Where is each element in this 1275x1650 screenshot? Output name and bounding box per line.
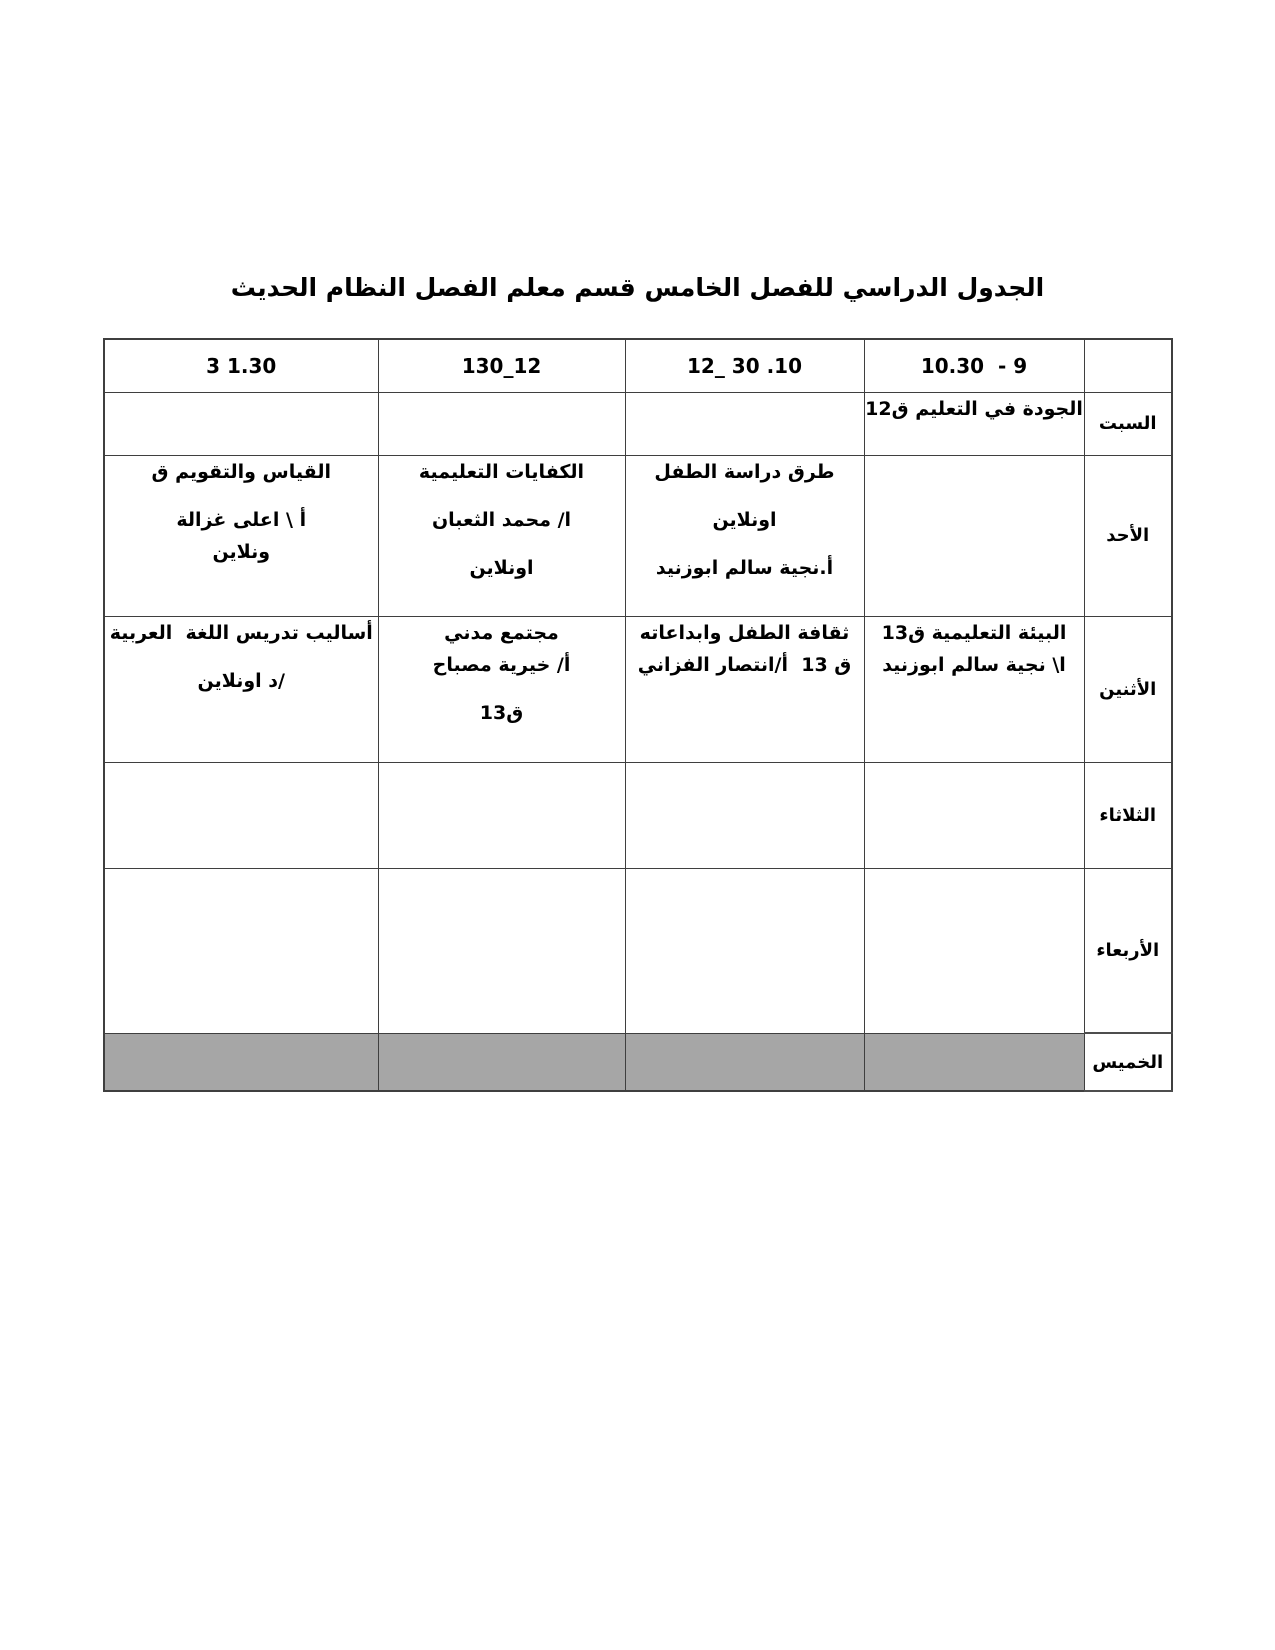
- day-cell: السبت: [1084, 392, 1172, 455]
- cell-line: ا/ محمد الثعبان: [379, 504, 625, 536]
- day-cell: الأحد: [1084, 455, 1172, 616]
- cell-paragraph: مجتمع مدنيأ/ خيرية مصباح: [379, 617, 625, 681]
- schedule-cell: طرق دراسة الطفلاونلاينأ.نجية سالم ابوزني…: [625, 455, 864, 616]
- schedule-cell: [625, 1033, 864, 1091]
- cell-line: اونلاين: [379, 552, 625, 584]
- day-cell: الثلاثاء: [1084, 762, 1172, 868]
- schedule-table-container: 10.30 - 912_ 30 .10130_123 1.30السبتالجو…: [103, 338, 1173, 1092]
- schedule-cell: [864, 762, 1084, 868]
- schedule-cell: البيئة التعليمية ق13ا\ نجية سالم ابوزنيد: [864, 616, 1084, 762]
- schedule-cell: مجتمع مدنيأ/ خيرية مصباحق13: [378, 616, 625, 762]
- day-row: السبتالجودة في التعليم ق12: [104, 392, 1172, 455]
- schedule-cell: الجودة في التعليم ق12: [864, 392, 1084, 455]
- cell-paragraph: الجودة في التعليم ق12: [865, 393, 1084, 425]
- schedule-cell: ثقافة الطفل وابداعاتهق 13 أ/انتصار الفزا…: [625, 616, 864, 762]
- day-row: الأربعاء: [104, 868, 1172, 1033]
- day-row: الثلاثاء: [104, 762, 1172, 868]
- cell-paragraph: اونلاين: [379, 552, 625, 584]
- cell-paragraph: اونلاين: [626, 504, 864, 536]
- schedule-cell: الكفايات التعليميةا/ محمد الثعباناونلاين: [378, 455, 625, 616]
- schedule-cell: [378, 762, 625, 868]
- schedule-cell: [378, 1033, 625, 1091]
- cell-paragraph: الكفايات التعليمية: [379, 456, 625, 488]
- cell-paragraph: أ.نجية سالم ابوزنيد: [626, 552, 864, 584]
- schedule-cell: [864, 868, 1084, 1033]
- cell-line: ا\ نجية سالم ابوزنيد: [865, 649, 1084, 681]
- day-column-header: [1084, 339, 1172, 392]
- cell-paragraph: القياس والتقويم ق: [105, 456, 378, 488]
- schedule-cell: [864, 1033, 1084, 1091]
- day-cell: الخميس: [1084, 1033, 1172, 1091]
- cell-paragraph: /د اونلاين: [105, 665, 378, 697]
- schedule-cell: [104, 392, 378, 455]
- schedule-cell: [378, 392, 625, 455]
- time-header: 10.30 - 9: [864, 339, 1084, 392]
- cell-line: اونلاين: [626, 504, 864, 536]
- cell-line: البيئة التعليمية ق13: [865, 617, 1084, 649]
- page-title: الجدول الدراسي للفصل الخامس قسم معلم الف…: [0, 270, 1275, 306]
- time-header: 3 1.30: [104, 339, 378, 392]
- schedule-cell: [378, 868, 625, 1033]
- schedule-cell: أساليب تدريس اللغة العربية/د اونلاين: [104, 616, 378, 762]
- cell-line: /د اونلاين: [105, 665, 378, 697]
- cell-line: ق 13 أ/انتصار الفزاني: [626, 649, 864, 681]
- schedule-cell: القياس والتقويم قأ \ اعلى غزالةونلاين: [104, 455, 378, 616]
- cell-line: ونلاين: [105, 536, 378, 568]
- cell-paragraph: ا/ محمد الثعبان: [379, 504, 625, 536]
- cell-line: طرق دراسة الطفل: [626, 456, 864, 488]
- cell-line: ثقافة الطفل وابداعاته: [626, 617, 864, 649]
- time-header: 130_12: [378, 339, 625, 392]
- day-row: الخميس: [104, 1033, 1172, 1091]
- cell-line: مجتمع مدني: [379, 617, 625, 649]
- time-header: 12_ 30 .10: [625, 339, 864, 392]
- cell-line: أ \ اعلى غزالة: [105, 504, 378, 536]
- cell-line: الكفايات التعليمية: [379, 456, 625, 488]
- schedule-cell: [625, 392, 864, 455]
- cell-line: أ.نجية سالم ابوزنيد: [626, 552, 864, 584]
- schedule-cell: [864, 455, 1084, 616]
- cell-paragraph: البيئة التعليمية ق13ا\ نجية سالم ابوزنيد: [865, 617, 1084, 681]
- cell-paragraph: أ \ اعلى غزالةونلاين: [105, 504, 378, 568]
- day-row: الأحدطرق دراسة الطفلاونلاينأ.نجية سالم ا…: [104, 455, 1172, 616]
- time-header-row: 10.30 - 912_ 30 .10130_123 1.30: [104, 339, 1172, 392]
- document-page: الجدول الدراسي للفصل الخامس قسم معلم الف…: [0, 0, 1275, 1650]
- day-cell: الأربعاء: [1084, 868, 1172, 1033]
- cell-line: القياس والتقويم ق: [105, 456, 378, 488]
- cell-line: الجودة في التعليم ق12: [865, 393, 1084, 425]
- schedule-cell: [104, 868, 378, 1033]
- day-row: الأثنينالبيئة التعليمية ق13ا\ نجية سالم …: [104, 616, 1172, 762]
- cell-line: أساليب تدريس اللغة العربية: [105, 617, 378, 649]
- schedule-cell: [104, 1033, 378, 1091]
- schedule-cell: [625, 762, 864, 868]
- cell-paragraph: أساليب تدريس اللغة العربية: [105, 617, 378, 649]
- cell-line: أ/ خيرية مصباح: [379, 649, 625, 681]
- schedule-cell: [104, 762, 378, 868]
- day-cell: الأثنين: [1084, 616, 1172, 762]
- cell-paragraph: طرق دراسة الطفل: [626, 456, 864, 488]
- schedule-cell: [625, 868, 864, 1033]
- cell-paragraph: ثقافة الطفل وابداعاتهق 13 أ/انتصار الفزا…: [626, 617, 864, 681]
- schedule-table: 10.30 - 912_ 30 .10130_123 1.30السبتالجو…: [103, 338, 1173, 1092]
- cell-line: ق13: [379, 697, 625, 729]
- cell-paragraph: ق13: [379, 697, 625, 729]
